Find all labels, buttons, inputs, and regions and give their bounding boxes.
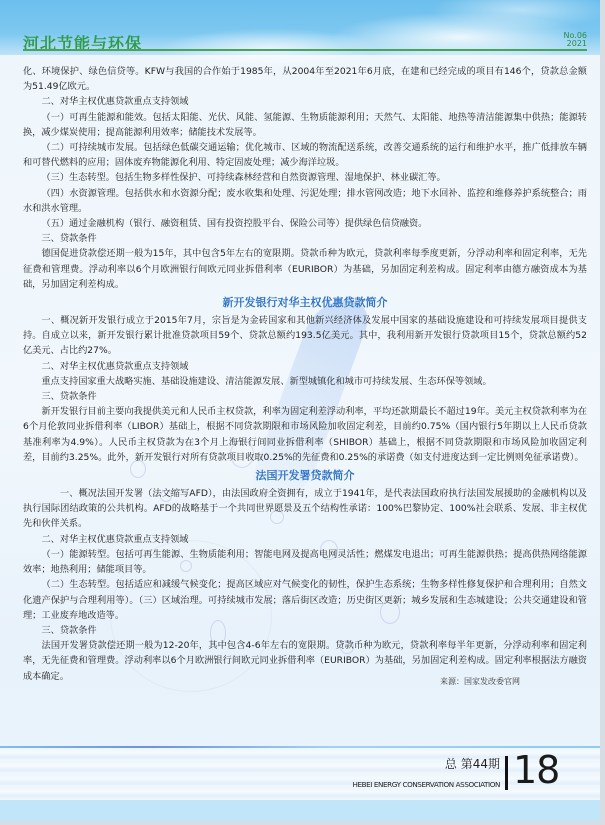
paragraph: （二）可持续城市发展。包括绿色低碳交通运输；优化城市、区域的物流配送系统，改善交… bbox=[23, 140, 587, 170]
paragraph: （三）生态转型。包括生物多样性保护、可持续森林经营和自然资源管理、湿地保护、林业… bbox=[23, 170, 587, 185]
paragraph: 化、环境保护、绿色信贷等。KFW与我国的合作始于1985年，从2004年至202… bbox=[23, 64, 587, 94]
section-title: 三、贷款条件 bbox=[23, 389, 587, 404]
afd-heading: 法国开发署贷款简介 bbox=[23, 465, 587, 486]
section-title: 三、贷款条件 bbox=[23, 623, 587, 638]
association-name: HEBEI ENERGY CONSERVATION ASSOCIATION bbox=[300, 780, 500, 789]
paragraph: 新开发银行目前主要向我提供美元和人民币主权贷款，利率为固定利差浮动利率，平均还款… bbox=[23, 404, 587, 465]
section-title: 三、贷款条件 bbox=[23, 231, 587, 246]
wave-decoration bbox=[0, 748, 600, 800]
page-edge-shadow bbox=[600, 0, 605, 825]
paragraph: （四）水资源管理。包括供水和水资源分配；废水收集和处理、污泥处理；排水管网改造；… bbox=[23, 186, 587, 216]
header-divider bbox=[23, 49, 587, 51]
bottom-bar bbox=[0, 800, 600, 821]
paragraph: 重点支持国家重大战略实施、基础设施建设、清洁能源发展、新型城镇化和城市可持续发展… bbox=[23, 374, 587, 389]
paragraph: （一）可再生能源和能效。包括太阳能、光伏、风能、氢能源、生物质能源利用；天然气、… bbox=[23, 110, 587, 140]
section-title: 二、对华主权优惠贷款重点支持领域 bbox=[23, 532, 587, 547]
issue-total: 总 第44期 bbox=[440, 755, 500, 772]
section-title: 二、对华主权优惠贷款重点支持领域 bbox=[23, 94, 587, 109]
source-credit: 来源：国家发改委官网 bbox=[440, 676, 520, 687]
page-edge-shadow bbox=[0, 821, 605, 825]
issue-year: 2021 bbox=[530, 40, 587, 48]
page-number: 18 bbox=[513, 748, 559, 792]
issue-number: No.06 2021 bbox=[530, 32, 587, 48]
paragraph: （二）生态转型。包括适应和减缓气候变化；提高区域应对气候变化的韧性，保护生态系统… bbox=[23, 577, 587, 623]
ndb-heading: 新开发银行对华主权优惠贷款简介 bbox=[23, 292, 587, 313]
section-title: 二、对华主权优惠贷款重点支持领域 bbox=[23, 359, 587, 374]
footer-separator bbox=[505, 756, 508, 790]
cloud-decoration bbox=[160, 28, 380, 68]
paragraph: （一）能源转型。包括可再生能源、生物质能利用；智能电网及提高电网灵活性；燃煤发电… bbox=[23, 547, 587, 577]
paragraph: 德国促进贷款偿还期一般为15年，其中包含5年左右的宽限期。贷款币种为欧元，贷款利… bbox=[23, 246, 587, 292]
paragraph: 一、概况新开发银行成立于2015年7月，宗旨是为金砖国家和其他新兴经济体及发展中… bbox=[23, 313, 587, 359]
paragraph: 一、概况法国开发署（法文缩写AFD），由法国政府全资拥有，成立于1941年，是代… bbox=[23, 486, 587, 532]
magazine-page: 河北节能与环保 No.06 2021 化、环境保护、绿色信贷等。KFW与我国的合… bbox=[0, 0, 600, 821]
paragraph: （五）通过金融机构（银行、融资租赁、国有投资控股平台、保险公司等）提供绿色信贷融… bbox=[23, 216, 587, 231]
article-body: 化、环境保护、绿色信贷等。KFW与我国的合作始于1985年，从2004年至202… bbox=[23, 64, 587, 684]
